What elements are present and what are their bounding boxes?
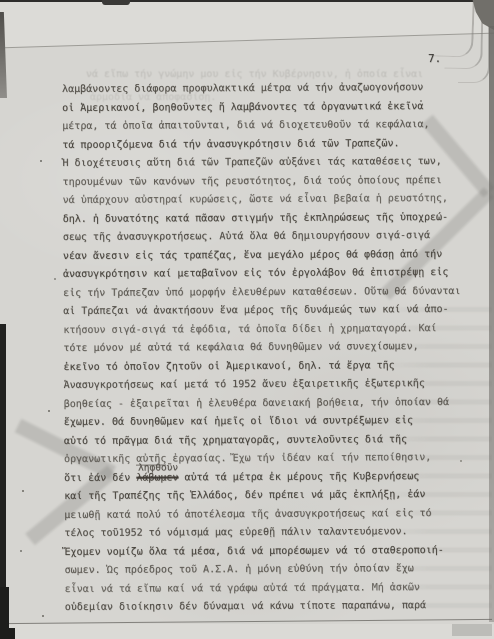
scan-shadow-bottom-right: [452, 624, 492, 636]
line-segment: αὐτά τά μέτρα ἐκ μέρους τῆς Κυβερνήσεως: [178, 471, 419, 483]
interlinear-insertion: ληφθοῦν: [138, 459, 178, 478]
typewritten-line: αὐτό τό πρᾶγμα διά τῆς χρηματαγορᾶς, συν…: [64, 430, 478, 451]
typewritten-line: ἔχωμεν. Θά δυνηθῶμεν καί ἡμεῖς οἱ ἴδιοι …: [64, 412, 478, 433]
typewritten-line: Ἔχομεν νομίζω ὅλα τά μέσα, διά νά μπορέσ…: [64, 541, 478, 562]
paper-specks: [40, 160, 42, 162]
typewritten-line: τότε μόνον μέ αὐτά τά κεφάλαια θά δυνηθῶ…: [63, 338, 477, 359]
line-segment: ὅτι ἐάν δέν: [64, 472, 136, 483]
scan-edge-blob: [102, 0, 130, 5]
scan-edge-bottom-left: [0, 628, 15, 639]
typewritten-line: σωμεν. Ὡς πρόεδρος τοῦ Α.Σ.Α. ἡ μόνη εὐθ…: [65, 560, 479, 581]
typewritten-line: σεως τῆς ἀνασυγκροτήσεως. Αὐτά ὅλα θά δη…: [63, 227, 477, 248]
typewritten-line: τηρουμένων τῶν κανόνων τῆς ρευστότητος, …: [62, 171, 476, 192]
typewritten-line: αἱ Τράπεζαι νά ἀνακτήσουν ἕνα μέρος τῆς …: [63, 301, 477, 322]
typewritten-line: τέλος τοῦ1952 τό νόμισμά μας εὑρεθῇ πάλι…: [64, 523, 478, 544]
scan-edge-top: [0, 0, 494, 2]
line-segment: ἐργασίας. Ἔχω τήν ἰδέαν καί τήν πεποίθησ…: [166, 452, 431, 464]
page-top-edge: [0, 0, 494, 48]
typewritten-line: μέτρα, τά ὁποῖα ἀπαιτοῦνται, διά νά διοχ…: [62, 116, 476, 137]
typewritten-line: μειωθῇ κατά πολύ τό ἀποτέλεσμα τῆς ἀνασυ…: [64, 504, 478, 525]
typewritten-line: Ἀνασυγκροτήσεως καί μετά τό 1952 ἄνευ ἐξ…: [64, 375, 478, 396]
typewritten-line-with-correction: ληφθοῦν ὅτι ἐάν δέν λάβωμεν αὐτά τά μέτρ…: [64, 467, 478, 488]
typewritten-line: ἀνασυγκρότησιν καί μεταβαῖνον εἰς τόν ἐρ…: [63, 264, 477, 285]
typewritten-line: Ἡ διοχέτευσις αὕτη διά τῶν Τραπεζῶν αὐξά…: [62, 153, 476, 174]
typewritten-line: δηλ. ἡ δυνατότης κατά πᾶσαν στιγμήν τῆς …: [63, 208, 477, 229]
typewritten-line: νά ὑπάρχουν αὐστηραί κυρώσεις, ὥστε νά ε…: [63, 190, 477, 211]
typewritten-line: λαμβάνοντες διάφορα προφυλακτικά μέτρα ν…: [62, 79, 476, 100]
typewritten-line: ἐκεῖνο τό ὁποῖον ζητοῦν οἱ Ἀμερικανοί, δ…: [63, 356, 477, 377]
typewritten-line: εἶναι νά τά εἴπω καί νά τά γράφω αὐτά τά…: [65, 578, 479, 599]
typewritten-line: οἱ Ἀμερικανοί, βοηθοῦντες ἤ λαμβάνοντες …: [62, 97, 476, 118]
typewritten-line: κτήσουν σιγά-σιγά τά ἐφόδια, τά ὁποῖα δί…: [63, 319, 477, 340]
typewritten-line: νέαν ἄνεσιν εἰς τάς τραπέζας, ἕνα μεγάλο…: [63, 245, 477, 266]
typewritten-line: τά προοριζόμενα διά τήν ἀνασυγκρότησιν δ…: [62, 134, 476, 155]
page-number: 7.: [428, 52, 441, 65]
typewritten-line: βοηθείας - ἐξαιρεῖται ἡ ἐλευθέρα δανειακ…: [64, 393, 478, 414]
typewritten-text-block: λαμβάνοντες διάφορα προφυλακτικά μέτρα ν…: [62, 79, 479, 618]
scanned-typewritten-page: νά εἴπω τήν γνώμην μου εἰς τήν Κυβέρνησι…: [0, 0, 494, 639]
ghost-line: νά εἴπω τήν γνώμην μου εἰς τήν Κυβέρνησι…: [86, 69, 423, 80]
typewritten-line: εἰς τήν Τράπεζαν ὑπό μορφήν ἐλευθέρων κα…: [63, 282, 477, 303]
typewritten-line-with-underline: ὀργανωτικῆς αὐτῆς ἐργασίας. Ἔχω τήν ἰδέα…: [64, 449, 478, 470]
typewritten-line: οὐδεμίαν διοίκησιν δέν δύναμαι νά κάνω τ…: [65, 597, 479, 618]
line-segment: ὀργανωτικῆς: [64, 454, 136, 465]
page-bottom-strip: [0, 624, 494, 639]
typewritten-line: καί τῆς Τραπέζης τῆς Ἑλλάδος, δέν πρέπει…: [64, 486, 478, 507]
